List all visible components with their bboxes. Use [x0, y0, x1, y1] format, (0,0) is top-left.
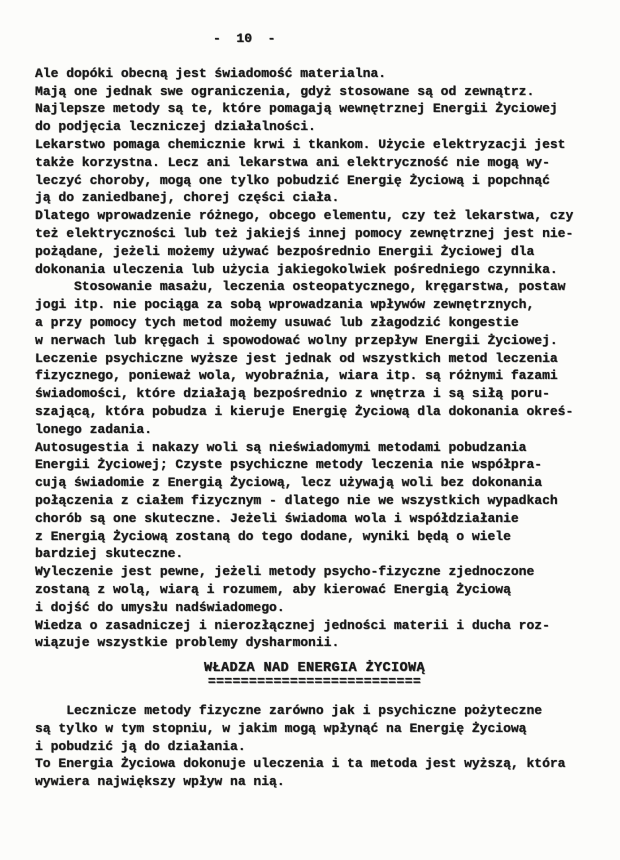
text-line: Dlatego wprowadzenie różnego, obcego ele… — [35, 207, 594, 225]
page-number: - 10 - — [35, 30, 594, 48]
text-line: ją do zaniedbanej, chorej części ciała. — [35, 189, 594, 207]
text-line: Autosugestia i nakazy woli są nieświadom… — [35, 439, 594, 457]
text-line: lonego zadania. — [35, 421, 594, 439]
text-line: Stosowanie masażu, leczenia osteopatyczn… — [35, 278, 594, 296]
paragraph-block-2: Lecznicze metody fizyczne zarówno jak i … — [35, 702, 594, 791]
text-line: wywiera największy wpływ na nią. — [35, 773, 594, 791]
section-heading-underline: ========================== — [35, 676, 594, 687]
text-line: i dojść do umysłu nadświadomego. — [35, 599, 594, 617]
text-line: i pobudzić ją do działania. — [35, 738, 594, 756]
text-line: leczyć choroby, mogą one tylko pobudzić … — [35, 172, 594, 190]
text-line: połączenia z ciałem fizycznym - dlatego … — [35, 492, 594, 510]
text-line: Lecznicze metody fizyczne zarówno jak i … — [35, 702, 594, 720]
text-line: dokonania uleczenia lub użycia jakiegoko… — [35, 261, 594, 279]
text-line: szającą, która pobudza i kieruje Energię… — [35, 403, 594, 421]
text-line: Wyleczenie jest pewne, jeżeli metody psy… — [35, 563, 594, 581]
paragraph-block-1: Ale dopóki obecną jest świadomość materi… — [35, 65, 594, 652]
document-page: - 10 - Ale dopóki obecną jest świadomość… — [0, 0, 620, 860]
text-line: są tylko w tym stopniu, w jakim mogą wpł… — [35, 720, 594, 738]
text-line: To Energia Życiowa dokonuje uleczenia i … — [35, 755, 594, 773]
text-line: Wiedza o zasadniczej i nierozłącznej jed… — [35, 617, 594, 635]
text-line: Lekarstwo pomaga chemicznie krwi i tkank… — [35, 136, 594, 154]
text-line: fizycznego, ponieważ wola, wyobraźnia, w… — [35, 367, 594, 385]
text-line: Energii Życiowej; Czyste psychiczne meto… — [35, 456, 594, 474]
text-line: a przy pomocy tych metod możemy usuwać l… — [35, 314, 594, 332]
text-line: Najlepsze metody są te, które pomagają w… — [35, 100, 594, 118]
text-line: świadomości, które działają bezpośrednio… — [35, 385, 594, 403]
text-line: także korzystna. Lecz ani lekarstwa ani … — [35, 154, 594, 172]
text-line: Leczenie psychiczne wyższe jest jednak o… — [35, 350, 594, 368]
text-line: wiązuje wszystkie problemy dysharmonii. — [35, 634, 594, 652]
text-line: jogi itp. nie pociąga za sobą wprowadzan… — [35, 296, 594, 314]
section-heading: WŁADZA NAD ENERGIA ŻYCIOWĄ =============… — [35, 662, 594, 687]
text-line: pożądane, jeżeli możemy używać bezpośred… — [35, 243, 594, 261]
text-line: zostaną z wolą, wiarą i rozumem, aby kie… — [35, 581, 594, 599]
text-line: cują świadomie z Energią Życiową, lecz u… — [35, 474, 594, 492]
text-line: do podjęcia leczniczej działalności. — [35, 118, 594, 136]
text-line: też elektryczności lub też jakiejś innej… — [35, 225, 594, 243]
text-line: Ale dopóki obecną jest świadomość materi… — [35, 65, 594, 83]
text-line: z Energią Życiową zostaną do tego dodane… — [35, 528, 594, 546]
text-line: chorób są one skuteczne. Jeżeli świadoma… — [35, 510, 594, 528]
text-line: w nerwach lub kręgach i spowodować wolny… — [35, 332, 594, 350]
text-line: bardziej skuteczne. — [35, 545, 594, 563]
text-line: Mają one jednak swe ograniczenia, gdyż s… — [35, 83, 594, 101]
